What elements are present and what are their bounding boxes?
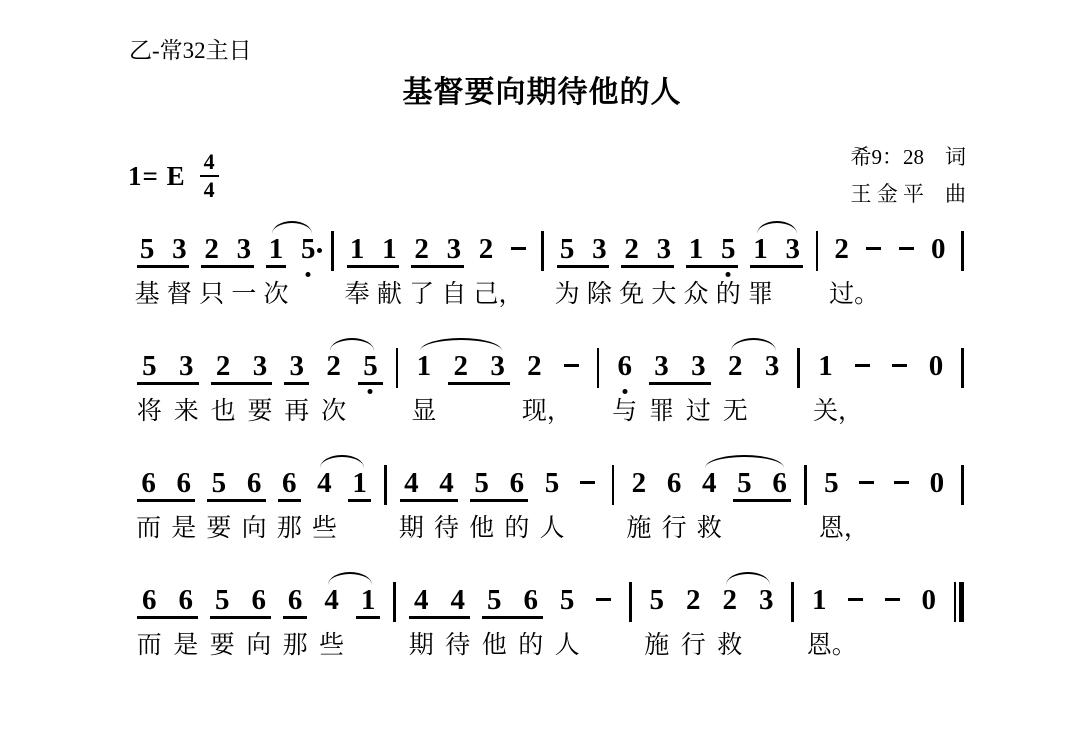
measure: 53231513为除免大众的罪	[544, 234, 816, 310]
note: 5	[727, 468, 762, 502]
eighth-beam	[211, 382, 273, 385]
lyrics-row: 关，	[807, 397, 954, 427]
lyricist: 希9：28 词	[851, 139, 967, 176]
lyric-cell: 再	[278, 397, 315, 427]
note: 3	[479, 351, 516, 385]
note-digit: 1	[269, 233, 284, 265]
lyric-cell: 将	[131, 397, 168, 427]
note-digit: 2	[722, 584, 737, 616]
beam-group: 53	[551, 234, 615, 268]
note: 3	[643, 351, 680, 385]
dash-note	[890, 234, 922, 268]
beam-group: 56	[464, 468, 534, 502]
beam-group: 3	[748, 585, 784, 619]
lyric-text: 行	[681, 631, 706, 661]
lyric-cell: 是	[167, 631, 203, 661]
note-digit: 3	[237, 233, 252, 265]
measure: 5223施行救	[632, 585, 792, 661]
eighth-beam	[649, 382, 711, 385]
notes-row: 26456	[621, 468, 797, 502]
note-digit: 3	[179, 350, 194, 382]
note: 6	[277, 585, 313, 619]
note-digit: 1	[350, 233, 365, 265]
note-digit: 2	[414, 233, 429, 265]
beam-group: 0	[911, 585, 947, 619]
beam-group: 5	[814, 468, 849, 502]
note: 6	[606, 351, 643, 385]
lyrics-row: 期待他的人	[394, 514, 605, 544]
dash-glyph	[899, 247, 914, 250]
lyric-text: 他	[469, 514, 494, 544]
dash-note	[881, 351, 918, 385]
beam-group: 56	[476, 585, 549, 619]
eighth-beam	[482, 616, 543, 619]
note-digit: 4	[317, 467, 332, 499]
eighth-beam	[356, 616, 380, 619]
beam-group: 4	[307, 468, 342, 502]
note-digit: 6	[667, 467, 682, 499]
eighth-beam	[278, 499, 301, 502]
lyric-text: 要	[247, 397, 272, 427]
beam-group: 66	[131, 468, 201, 502]
lyric-text: 救	[717, 631, 742, 661]
lyric-cell	[838, 631, 874, 661]
note: 3	[748, 585, 784, 619]
dash-glyph	[859, 481, 874, 484]
note: 6	[499, 468, 534, 502]
score-line: 532315基督只一次11232奉献了自己，53231513为除免大众的罪20过…	[124, 234, 964, 310]
lyric-cell: 施	[621, 514, 656, 544]
measure: 5323325将来也要再次	[124, 351, 396, 427]
lyric-cell: 行	[657, 514, 692, 544]
eighth-beam	[686, 265, 738, 268]
lyric-cell: 次	[260, 280, 292, 310]
lyric-text: 大	[651, 280, 676, 310]
beam-group: 3	[754, 351, 791, 385]
note-digit: 5	[301, 233, 316, 265]
lyric-cell	[884, 514, 919, 544]
note-digit: 3	[290, 350, 305, 382]
lyric-cell	[874, 631, 910, 661]
notes-row: 6656641	[131, 468, 377, 502]
beam-group: 6	[606, 351, 643, 385]
lyric-cell: 过	[680, 397, 717, 427]
rest-note: 0	[918, 351, 955, 385]
note-digit: 6	[282, 467, 297, 499]
lyric-text: 过	[686, 397, 711, 427]
dash-note	[838, 585, 874, 619]
note: 3	[754, 351, 791, 385]
lyrics-row: 为除免大众的罪	[551, 280, 809, 310]
beam-group	[570, 468, 605, 502]
dash-glyph	[596, 598, 611, 601]
eighth-beam	[348, 499, 371, 502]
beam-group: 2	[621, 468, 656, 502]
lyric-cell: 恩。	[801, 631, 837, 661]
lyric-cell	[844, 397, 881, 427]
note: 1	[801, 585, 837, 619]
lyric-cell: 期	[394, 514, 429, 544]
dash-glyph	[848, 598, 863, 601]
lyric-cell: 献	[373, 280, 405, 310]
beam-group	[874, 585, 910, 619]
lyric-cell	[342, 514, 377, 544]
lyric-cell: 了	[405, 280, 437, 310]
lyric-cell: 救	[711, 631, 747, 661]
eighth-beam	[448, 382, 510, 385]
note: 5	[639, 585, 675, 619]
beam-group: 1	[807, 351, 844, 385]
beam-group: 23	[615, 234, 679, 268]
lyrics-row: 与罪过无	[606, 397, 790, 427]
note-digit: 0	[930, 467, 945, 499]
note-digit: 5	[824, 467, 839, 499]
note: 1	[680, 234, 712, 268]
rest-note: 0	[919, 468, 954, 502]
lyric-cell: 那	[277, 631, 313, 661]
lyric-text: 些	[312, 514, 337, 544]
note: 2	[470, 234, 502, 268]
dash-glyph	[892, 364, 907, 367]
measure: 20过。	[818, 234, 961, 310]
lyric-cell	[922, 280, 954, 310]
slur-arc	[726, 572, 770, 585]
beam-group: 2	[470, 234, 502, 268]
beam-group: 2	[315, 351, 352, 385]
lyric-cell: 向	[237, 514, 272, 544]
lyric-cell	[727, 514, 762, 544]
note-digit: 2	[216, 350, 231, 382]
note-digit: 4	[404, 467, 419, 499]
beam-group: 5	[639, 585, 675, 619]
lyric-text: 督	[167, 280, 192, 310]
note-digit: 6	[772, 467, 787, 499]
eighth-beam	[137, 616, 198, 619]
lyric-cell	[502, 280, 534, 310]
beam-group: 6	[277, 585, 313, 619]
beam-group: 5	[534, 468, 569, 502]
note: 3	[438, 234, 470, 268]
lyric-text: 的	[518, 631, 543, 661]
lyric-text: 那	[277, 514, 302, 544]
note-digit: 2	[728, 350, 743, 382]
beam-group: 6	[657, 468, 692, 502]
lyric-text: 人	[555, 631, 580, 661]
slur-arc	[705, 455, 783, 468]
lyric-cell: 自	[438, 280, 470, 310]
note: 6	[131, 468, 166, 502]
notes-row: 53231513	[551, 234, 809, 268]
measure: 532315基督只一次	[124, 234, 331, 310]
note: 2	[675, 585, 711, 619]
eighth-beam	[284, 382, 309, 385]
liturgical-label: 乙-常32主日	[129, 36, 252, 66]
note-digit: 0	[931, 233, 946, 265]
lyric-text: 向	[246, 631, 271, 661]
note-digit: 2	[527, 350, 542, 382]
beam-group: 3	[278, 351, 315, 385]
measure: 26456施行救	[614, 468, 804, 544]
beam-group: 66	[131, 585, 204, 619]
beam-group: 5	[549, 585, 585, 619]
dash-glyph	[511, 247, 526, 250]
lyric-cell	[479, 397, 516, 427]
notes-row: 50	[814, 468, 955, 502]
eighth-beam	[750, 265, 802, 268]
note: 2	[442, 351, 479, 385]
dash-note	[502, 234, 534, 268]
eighth-beam	[347, 265, 399, 268]
octave-dot-low	[622, 389, 627, 394]
beam-group: 4	[692, 468, 727, 502]
note-digit: 6	[247, 467, 262, 499]
note-digit: 4	[324, 584, 339, 616]
beam-group	[844, 351, 881, 385]
eighth-beam	[557, 265, 609, 268]
lyric-cell: 次	[315, 397, 352, 427]
lyric-text: 他	[482, 631, 507, 661]
note: 2	[315, 351, 352, 385]
barline	[961, 231, 964, 271]
beam-group: 0	[918, 351, 955, 385]
note-digit: 5	[560, 584, 575, 616]
beam-group: 0	[922, 234, 954, 268]
notes-row: 11232	[341, 234, 534, 268]
note: 6	[762, 468, 797, 502]
lyric-cell: 期	[403, 631, 439, 661]
lyric-text: 奉	[345, 280, 370, 310]
lyric-text: 施	[644, 631, 669, 661]
beam-group: 1	[260, 234, 292, 268]
lyrics-row: 而是要向那些	[131, 631, 386, 661]
beam-group	[838, 585, 874, 619]
lyric-cell	[352, 397, 389, 427]
lyric-cell	[585, 631, 621, 661]
eighth-beam	[283, 616, 307, 619]
lyrics-row: 施行救	[639, 631, 785, 661]
note: 4	[313, 585, 349, 619]
lyric-text: 向	[242, 514, 267, 544]
note-digit: 2	[834, 233, 849, 265]
lyric-text: 待	[434, 514, 459, 544]
note: 5	[352, 351, 389, 385]
beam-group: 5	[352, 351, 389, 385]
note: 1	[744, 234, 776, 268]
note: 2	[405, 234, 437, 268]
notes-row: 5323325	[131, 351, 389, 385]
note-digit: 1	[382, 233, 397, 265]
credits: 希9：28 词 王 金 平 曲	[851, 139, 967, 213]
note: 3	[648, 234, 680, 268]
note-digit: 3	[490, 350, 505, 382]
eighth-beam	[621, 265, 673, 268]
lyrics-row: 过。	[825, 280, 954, 310]
note-digit: 6	[617, 350, 632, 382]
lyric-text: 将	[137, 397, 162, 427]
lyric-cell: 现，	[516, 397, 553, 427]
beam-group: 2	[516, 351, 553, 385]
dash-note	[858, 234, 890, 268]
lyric-cell	[849, 514, 884, 544]
note: 1	[807, 351, 844, 385]
score: 532315基督只一次11232奉献了自己，53231513为除免大众的罪20过…	[124, 234, 964, 702]
lyric-cell: 而	[131, 631, 167, 661]
note: 1	[260, 234, 292, 268]
note-digit: 6	[141, 467, 156, 499]
lyric-text: 是	[171, 514, 196, 544]
note: 6	[240, 585, 276, 619]
lyric-text: 而	[137, 631, 162, 661]
note: 6	[237, 468, 272, 502]
note-digit: 5	[650, 584, 665, 616]
lyric-text: 施	[626, 514, 651, 544]
note: 5	[204, 585, 240, 619]
beam-group: 56	[201, 468, 271, 502]
lyric-cell	[292, 280, 324, 310]
eighth-beam	[358, 382, 383, 385]
measure: 10关，	[800, 351, 961, 427]
note-digit: 6	[142, 584, 157, 616]
lyric-text: 要	[210, 631, 235, 661]
lyrics-row: 基督只一次	[131, 280, 324, 310]
beam-group: 11	[341, 234, 405, 268]
lyrics-row: 恩。	[801, 631, 947, 661]
lyric-cell: 与	[606, 397, 643, 427]
beam-group: 1	[801, 585, 837, 619]
beam-group: 23	[405, 234, 469, 268]
beam-group: 4	[313, 585, 349, 619]
note: 5	[131, 351, 168, 385]
eighth-beam	[733, 499, 791, 502]
lyric-cell	[442, 397, 479, 427]
beam-group: 53	[131, 234, 195, 268]
lyric-text: 的	[504, 514, 529, 544]
dash-note	[849, 468, 884, 502]
lyrics-row: 显现，	[405, 397, 589, 427]
beam-group: 23	[205, 351, 279, 385]
note: 6	[657, 468, 692, 502]
lyric-text: 一	[231, 280, 256, 310]
note-digit: 6	[178, 584, 193, 616]
lyrics-row: 期待他的人	[403, 631, 622, 661]
dash-glyph	[885, 598, 900, 601]
note: 2	[516, 351, 553, 385]
lyric-text: 些	[319, 631, 344, 661]
note: 1	[341, 234, 373, 268]
lyric-text: 的	[716, 280, 741, 310]
beam-group: 5	[292, 234, 324, 268]
lyric-text: 来	[174, 397, 199, 427]
note-digit: 3	[253, 350, 268, 382]
slur-arc	[330, 338, 375, 351]
lyric-text: 除	[587, 280, 612, 310]
measure: 11232奉献了自己，	[334, 234, 541, 310]
eighth-beam	[210, 616, 271, 619]
note-digit: 0	[929, 350, 944, 382]
lyric-text: 期	[409, 631, 434, 661]
note: 3	[242, 351, 279, 385]
note-digit: 1	[689, 233, 704, 265]
lyric-cell: 为	[551, 280, 583, 310]
lyric-text: 行	[662, 514, 687, 544]
note: 1	[373, 234, 405, 268]
beam-group: 33	[643, 351, 717, 385]
lyrics-row: 奉献了自己，	[341, 280, 534, 310]
lyric-cell: 基	[131, 280, 163, 310]
note-digit: 3	[765, 350, 780, 382]
note-digit: 2	[686, 584, 701, 616]
sheet-music-page: 乙-常32主日 基督要向期待他的人 1= E 4 4 希9：28 词 王 金 平…	[0, 0, 1084, 738]
lyric-text: 罪	[748, 280, 773, 310]
lyric-text: 基	[135, 280, 160, 310]
note-digit: 0	[922, 584, 937, 616]
note-digit: 6	[523, 584, 538, 616]
note-digit: 5	[140, 233, 155, 265]
note-digit: 5	[212, 467, 227, 499]
note: 2	[195, 234, 227, 268]
beam-group: 6	[272, 468, 307, 502]
lyric-text: 罪	[649, 397, 674, 427]
note-digit: 1	[818, 350, 833, 382]
lyric-cell: 显	[405, 397, 442, 427]
measure: 63323与罪过无	[599, 351, 797, 427]
beam-group	[858, 234, 890, 268]
note-digit: 5	[545, 467, 560, 499]
note: 5	[131, 234, 163, 268]
note: 3	[228, 234, 260, 268]
lyric-cell: 那	[272, 514, 307, 544]
beam-group	[585, 585, 621, 619]
note: 2	[717, 351, 754, 385]
note-digit: 3	[759, 584, 774, 616]
note: 5	[551, 234, 583, 268]
notes-row: 44565	[403, 585, 622, 619]
beam-group: 23	[442, 351, 516, 385]
note: 3	[777, 234, 809, 268]
octave-dot-low	[306, 272, 311, 277]
note-digit: 3	[172, 233, 187, 265]
note: 3	[680, 351, 717, 385]
lyric-text: 而	[136, 514, 161, 544]
note: 4	[307, 468, 342, 502]
lyric-text: 次	[264, 280, 289, 310]
note-digit: 1	[352, 467, 367, 499]
lyric-text: 是	[173, 631, 198, 661]
lyric-cell	[919, 514, 954, 544]
barline	[961, 348, 964, 388]
beam-group: 2	[675, 585, 711, 619]
slur-arc	[320, 455, 363, 468]
lyric-text: 无	[723, 397, 748, 427]
beam-group	[553, 351, 590, 385]
note: 2	[615, 234, 647, 268]
note: 4	[439, 585, 475, 619]
note-digit: 6	[177, 467, 192, 499]
eighth-beam	[411, 265, 463, 268]
lyric-text: 了	[409, 280, 434, 310]
score-line: 5323325将来也要再次1232显现，63323与罪过无10关，	[124, 351, 964, 427]
lyric-cell	[350, 631, 386, 661]
slur-arc	[328, 572, 372, 585]
lyrics-row: 施行救	[621, 514, 797, 544]
beam-group: 13	[744, 234, 808, 268]
lyrics-row: 将来也要再次	[131, 397, 389, 427]
score-line: 6656641而是要向那些44565期待他的人5223施行救10恩。	[124, 585, 964, 661]
eighth-beam	[470, 499, 528, 502]
notes-row: 532315	[131, 234, 324, 268]
note-digit: 1	[361, 584, 376, 616]
beam-group: 53	[131, 351, 205, 385]
